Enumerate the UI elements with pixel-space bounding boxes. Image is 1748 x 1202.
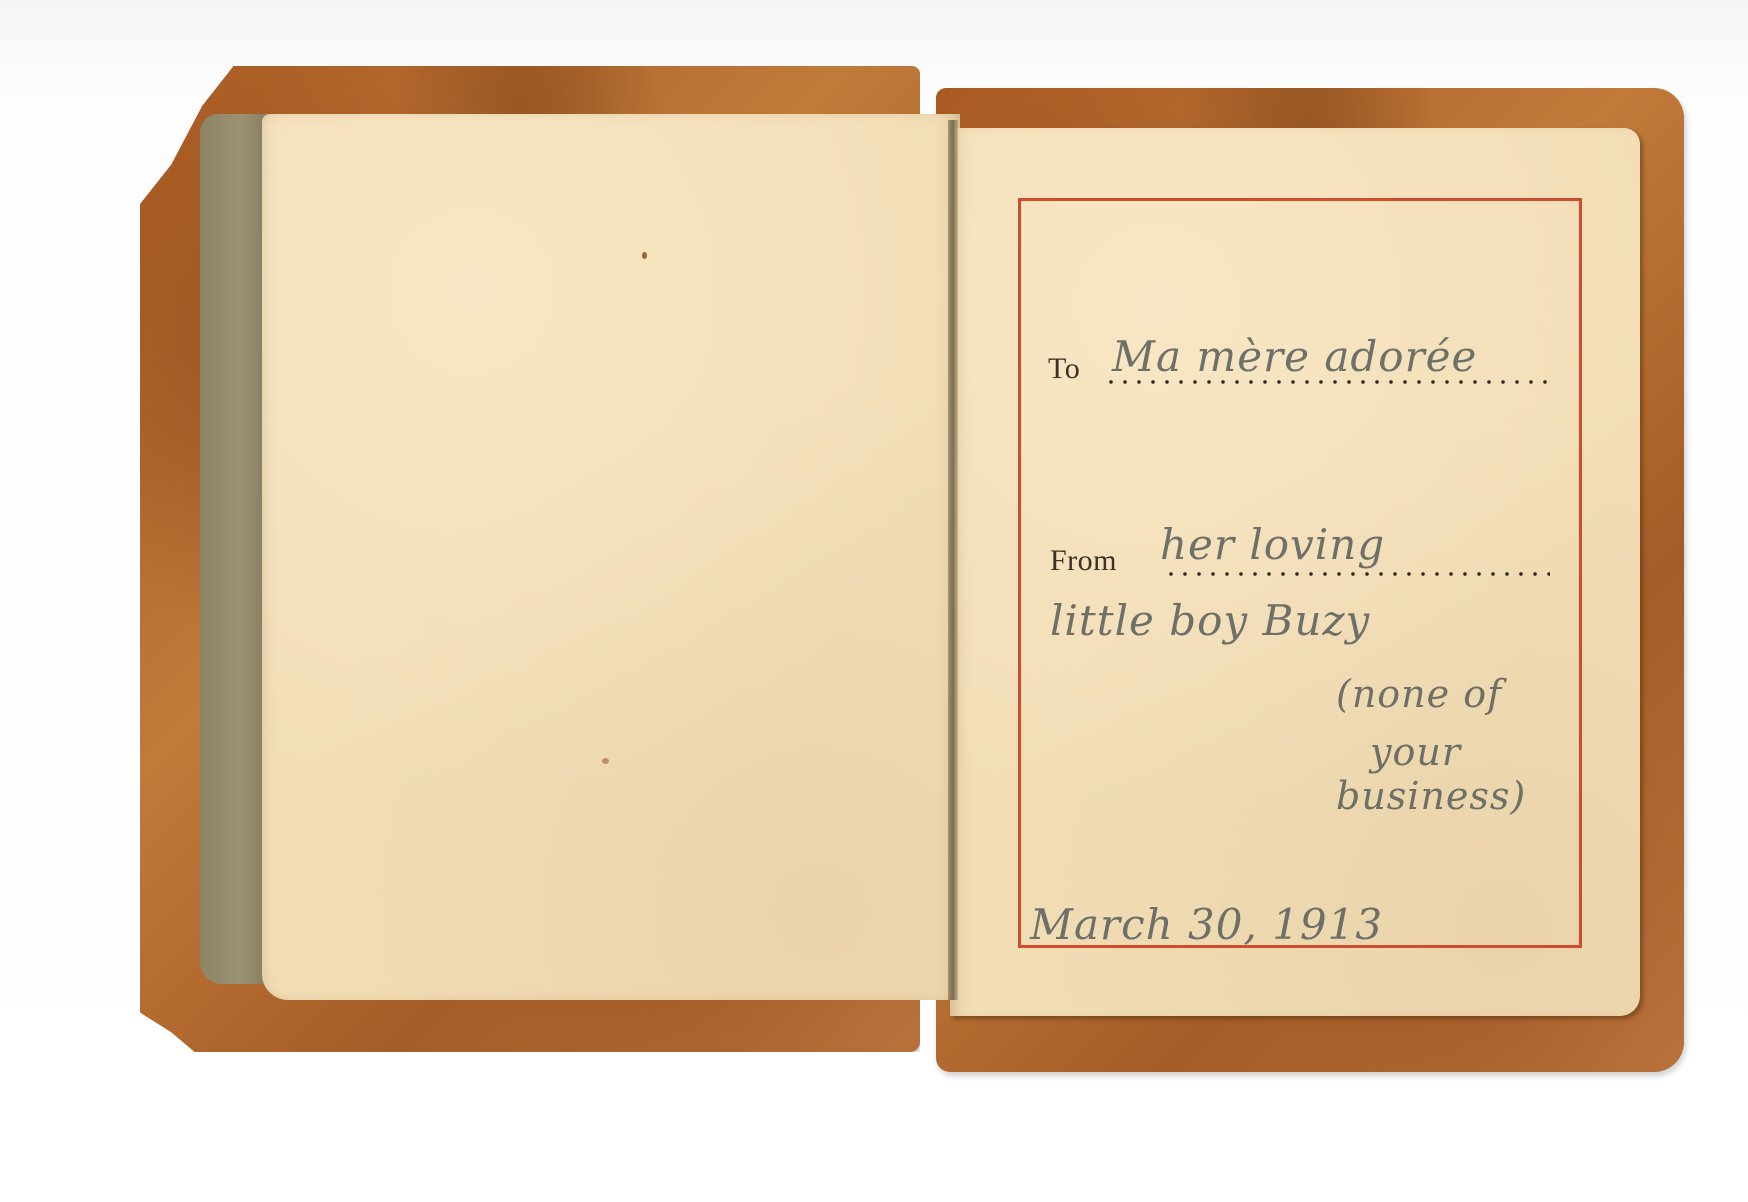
from-label: From [1050,544,1117,578]
book-gutter [948,120,958,1000]
from-handwriting-line1: her loving [1160,520,1385,569]
aside-handwriting-line3: business) [1336,774,1526,818]
from-dotted-line [1164,572,1550,576]
to-handwriting: Ma mère adorée [1112,332,1477,381]
paper-speck [602,758,609,764]
to-label: To [1048,352,1080,386]
aside-handwriting-line1: (none of [1336,672,1502,716]
paper-speck [642,252,647,259]
from-handwriting-line2: little boy Buzy [1050,596,1370,645]
date-handwriting: March 30, 1913 [1030,900,1383,949]
aside-handwriting-line2: your [1370,730,1461,774]
blank-left-page [262,114,960,1000]
